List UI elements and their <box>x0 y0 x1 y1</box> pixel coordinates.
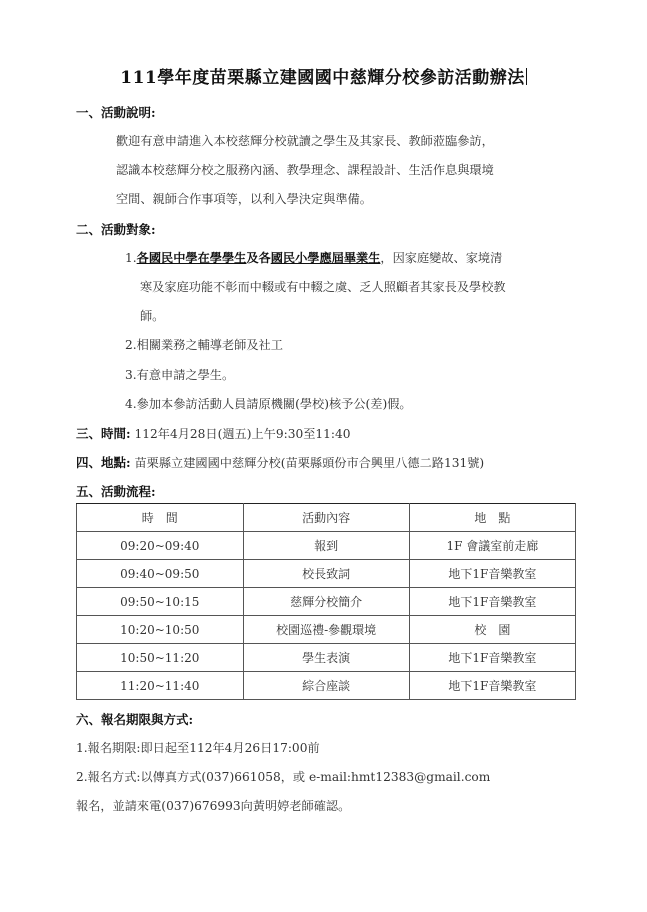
cell-location: 地下1F音樂教室 <box>409 672 575 700</box>
section4-location: 四、地點: 苗栗縣立建國國中慈輝分校(苗栗縣頭份市合興里八德二路131號) <box>76 453 484 471</box>
title-text: 111學年度苗栗縣立建國國中慈輝分校參訪活動辦法 <box>120 68 525 88</box>
cell-time: 09:50~10:15 <box>77 588 244 616</box>
registration-method: 2.報名方式:以傳真方式(037)661058，或 e-mail:hmt1238… <box>76 768 490 785</box>
table-row: 09:20~09:40 報到 1F 會議室前走廊 <box>77 532 576 560</box>
section2-item-3: 3.有意申請之學生。 <box>125 366 234 383</box>
section2-item-1-line-2: 寒及家庭功能不彰而中輟或有中輟之虞、乏人照顧者其家長及學校教 <box>140 278 506 295</box>
connector-text: 及各 <box>246 251 270 265</box>
table-row: 09:40~09:50 校長致詞 地下1F音樂教室 <box>77 560 576 588</box>
document-page: 111學年度苗栗縣立建國國中慈輝分校參訪活動辦法 一、活動說明: 歡迎有意申請進… <box>0 0 647 912</box>
cell-location: 校 園 <box>409 616 575 644</box>
cell-activity: 校長致詞 <box>243 560 409 588</box>
table-row: 09:50~10:15 慈輝分校簡介 地下1F音樂教室 <box>77 588 576 616</box>
section6-heading: 六、報名期限與方式: <box>76 710 193 728</box>
cell-activity: 慈輝分校簡介 <box>243 588 409 616</box>
section1-heading: 一、活動說明: <box>76 103 156 121</box>
table-row: 10:20~10:50 校園巡禮-參觀環境 校 園 <box>77 616 576 644</box>
table-row: 11:20~11:40 綜合座談 地下1F音樂教室 <box>77 672 576 700</box>
cell-time: 11:20~11:40 <box>77 672 244 700</box>
text-cursor <box>526 68 527 85</box>
section3-time: 三、時間: 112年4月28日(週五)上午9:30至11:40 <box>76 424 351 442</box>
item-number: 1. <box>125 251 137 265</box>
cell-time: 10:50~11:20 <box>77 644 244 672</box>
document-title: 111學年度苗栗縣立建國國中慈輝分校參訪活動辦法 <box>0 63 647 88</box>
cell-time: 09:20~09:40 <box>77 532 244 560</box>
underlined-phrase: 各國民中學在學學生 <box>137 251 247 265</box>
cell-activity: 報到 <box>243 532 409 560</box>
cell-location: 地下1F音樂教室 <box>409 560 575 588</box>
section2-item-4: 4.參加本參訪活動人員請原機關(學校)核予公(差)假。 <box>125 395 412 412</box>
schedule-table: 時 間 活動內容 地 點 09:20~09:40 報到 1F 會議室前走廊 09… <box>76 503 576 700</box>
section2-item-2: 2.相關業務之輔導老師及社工 <box>125 336 283 353</box>
item-rest: ，因家庭變故、家境清 <box>380 251 502 265</box>
underlined-phrase: 國民小學應屆畢業生 <box>271 251 381 265</box>
section1-line-2: 認識本校慈輝分校之服務內涵、教學理念、課程設計、生活作息與環境 <box>116 161 494 178</box>
cell-activity: 學生表演 <box>243 644 409 672</box>
section2-item-1: 1.各國民中學在學學生及各國民小學應屆畢業生，因家庭變故、家境清 <box>125 249 502 266</box>
cell-location: 地下1F音樂教室 <box>409 644 575 672</box>
registration-confirm: 報名，並請來電(037)676993向黃明婷老師確認。 <box>76 797 350 814</box>
section2-heading: 二、活動對象: <box>76 220 156 238</box>
header-activity: 活動內容 <box>243 504 409 532</box>
cell-time: 10:20~10:50 <box>77 616 244 644</box>
section5-heading: 五、活動流程: <box>76 482 156 500</box>
cell-location: 1F 會議室前走廊 <box>409 532 575 560</box>
event-time: 112年4月28日(週五)上午9:30至11:40 <box>131 427 351 441</box>
section3-heading: 三、時間: <box>76 426 131 441</box>
section1-line-3: 空間、親師合作事項等，以利入學決定與準備。 <box>116 190 372 207</box>
table-header-row: 時 間 活動內容 地 點 <box>77 504 576 532</box>
section2-item-1-line-3: 師。 <box>140 307 164 324</box>
header-time: 時 間 <box>77 504 244 532</box>
cell-location: 地下1F音樂教室 <box>409 588 575 616</box>
cell-activity: 校園巡禮-參觀環境 <box>243 616 409 644</box>
header-location: 地 點 <box>409 504 575 532</box>
cell-time: 09:40~09:50 <box>77 560 244 588</box>
registration-deadline: 1.報名期限:即日起至112年4月26日17:00前 <box>76 739 320 756</box>
event-location: 苗栗縣立建國國中慈輝分校(苗栗縣頭份市合興里八德二路131號) <box>131 456 485 470</box>
section1-line-1: 歡迎有意申請進入本校慈輝分校就讀之學生及其家長、教師蒞臨參訪， <box>116 132 494 149</box>
table-row: 10:50~11:20 學生表演 地下1F音樂教室 <box>77 644 576 672</box>
section4-heading: 四、地點: <box>76 455 131 470</box>
cell-activity: 綜合座談 <box>243 672 409 700</box>
